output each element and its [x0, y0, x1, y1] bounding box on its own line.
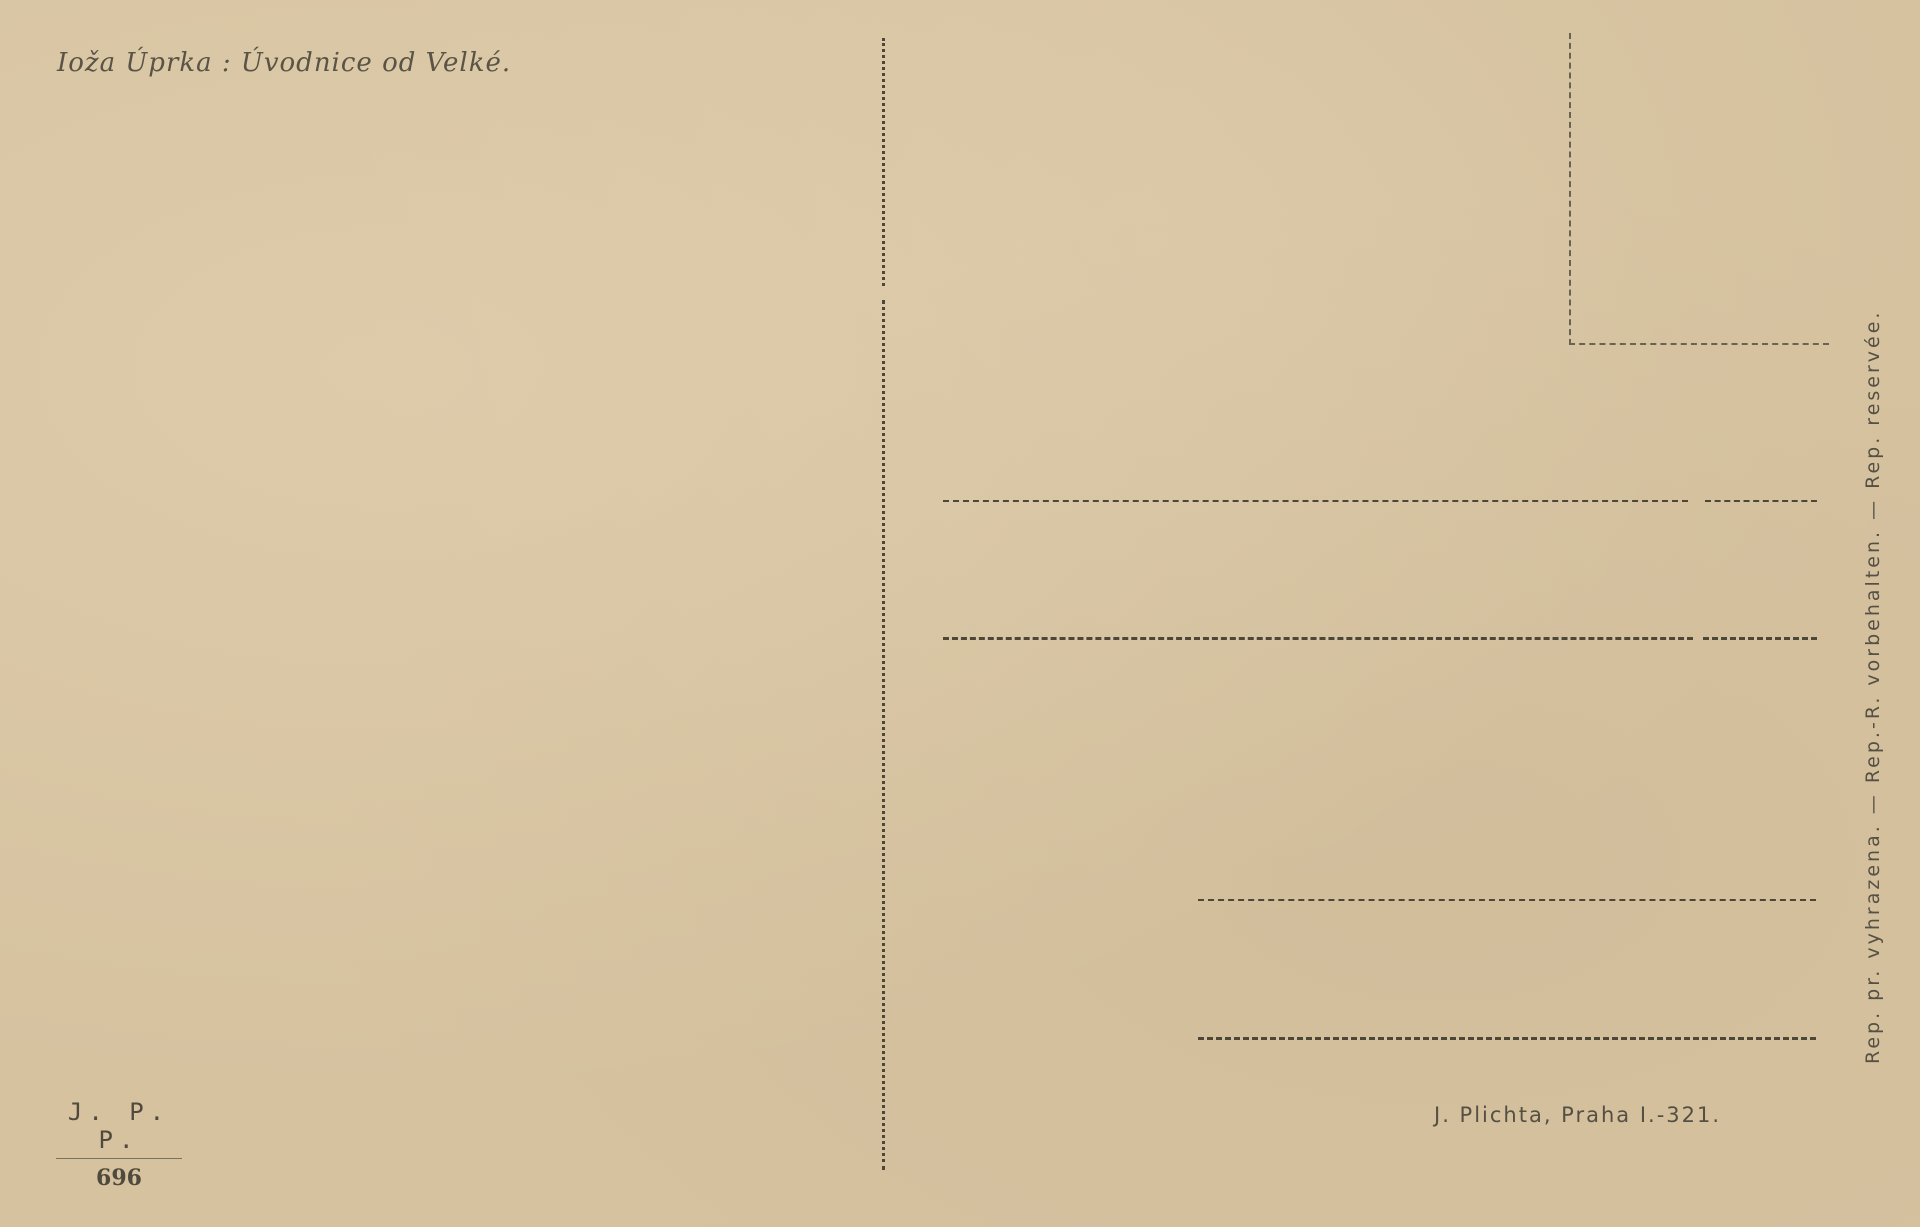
- address-line-3: [1198, 899, 1816, 901]
- printer-imprint: J. Plichta, Praha I.-321.: [1434, 1103, 1721, 1127]
- stamp-box: [1569, 33, 1829, 345]
- address-line-1b: [1705, 500, 1817, 502]
- address-line-2b: [1703, 637, 1817, 640]
- publisher-mark: J. P. P. 696: [56, 1098, 182, 1191]
- rights-notice: Rep. pr. vyhrazena. — Rep.-R. vorbehalte…: [1862, 310, 1884, 1064]
- publisher-initials: J. P. P.: [56, 1098, 182, 1159]
- address-line-2a: [943, 637, 1693, 640]
- center-divider-bottom: [882, 300, 885, 1170]
- address-line-1a: [943, 500, 1688, 502]
- address-line-4: [1198, 1037, 1816, 1040]
- postcard-title: Ioža Úprka : Úvodnice od Velké.: [57, 48, 511, 78]
- publisher-number: 696: [56, 1159, 182, 1191]
- center-divider-top: [882, 38, 885, 286]
